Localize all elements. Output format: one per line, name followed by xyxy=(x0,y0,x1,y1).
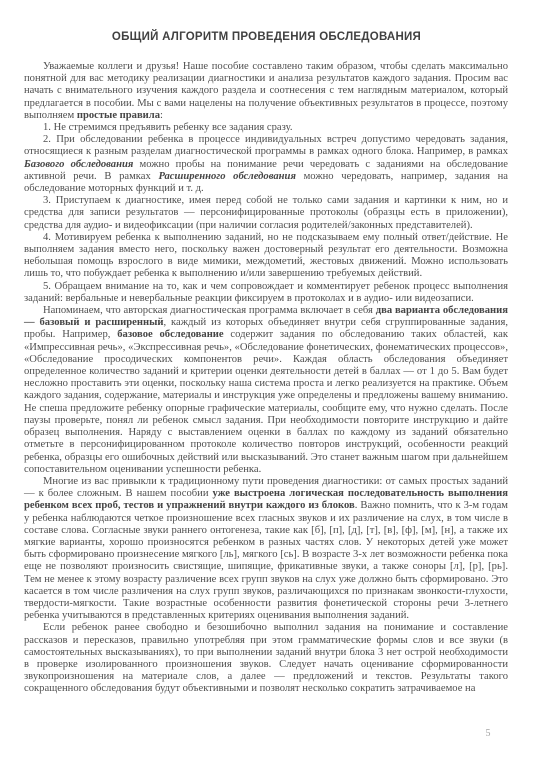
text-run: 5. Обращаем внимание на то, как и чем со… xyxy=(24,281,508,304)
text-run: 3. Приступаем к диагностике, имея перед … xyxy=(24,195,508,230)
text-run: . Важно помнить, что к 3-м годам у ребен… xyxy=(24,500,508,621)
document-page: ОБЩИЙ АЛГОРИТМ ПРОВЕДЕНИЯ ОБСЛЕДОВАНИЯ У… xyxy=(0,0,533,776)
paragraph: 5. Обращаем внимание на то, как и чем со… xyxy=(24,281,508,305)
text-run: 2. При обследовании ребенка в процессе и… xyxy=(24,134,508,157)
paragraph: 3. Приступаем к диагностике, имея перед … xyxy=(24,195,508,232)
text-run: содержит задания по обследованию таких о… xyxy=(24,329,508,474)
bold-text-run: базовое обследование xyxy=(117,329,223,340)
text-run: 4. Мотивируем ребенка к выполнению задан… xyxy=(24,232,508,280)
text-run: Если ребенок ранее свободно и безошибочн… xyxy=(24,622,508,694)
text-run: Напоминаем, что авторская диагностическа… xyxy=(43,305,376,316)
text-run: 1. Не стремимся предъявить ребенку все з… xyxy=(43,122,292,133)
paragraph: 4. Мотивируем ребенка к выполнению задан… xyxy=(24,232,508,281)
paragraph: Многие из вас привыкли к традиционному п… xyxy=(24,476,508,622)
bold-text-run: простые правила xyxy=(77,110,160,121)
bold-italic-text-run: Базового обследования xyxy=(24,159,133,170)
paragraph: Если ребенок ранее свободно и безошибочн… xyxy=(24,622,508,695)
page-body: Уважаемые коллеги и друзья! Наше пособие… xyxy=(24,61,508,696)
page-title: ОБЩИЙ АЛГОРИТМ ПРОВЕДЕНИЯ ОБСЛЕДОВАНИЯ xyxy=(0,31,533,43)
paragraph: 1. Не стремимся предъявить ребенку все з… xyxy=(24,122,508,134)
bold-italic-text-run: Расширенного обследования xyxy=(158,171,295,182)
paragraph: 2. При обследовании ребенка в процессе и… xyxy=(24,134,508,195)
paragraph: Напоминаем, что авторская диагностическа… xyxy=(24,305,508,476)
paragraph: Уважаемые коллеги и друзья! Наше пособие… xyxy=(24,61,508,122)
page-number: 5 xyxy=(478,728,498,739)
text-run: : xyxy=(160,110,163,121)
